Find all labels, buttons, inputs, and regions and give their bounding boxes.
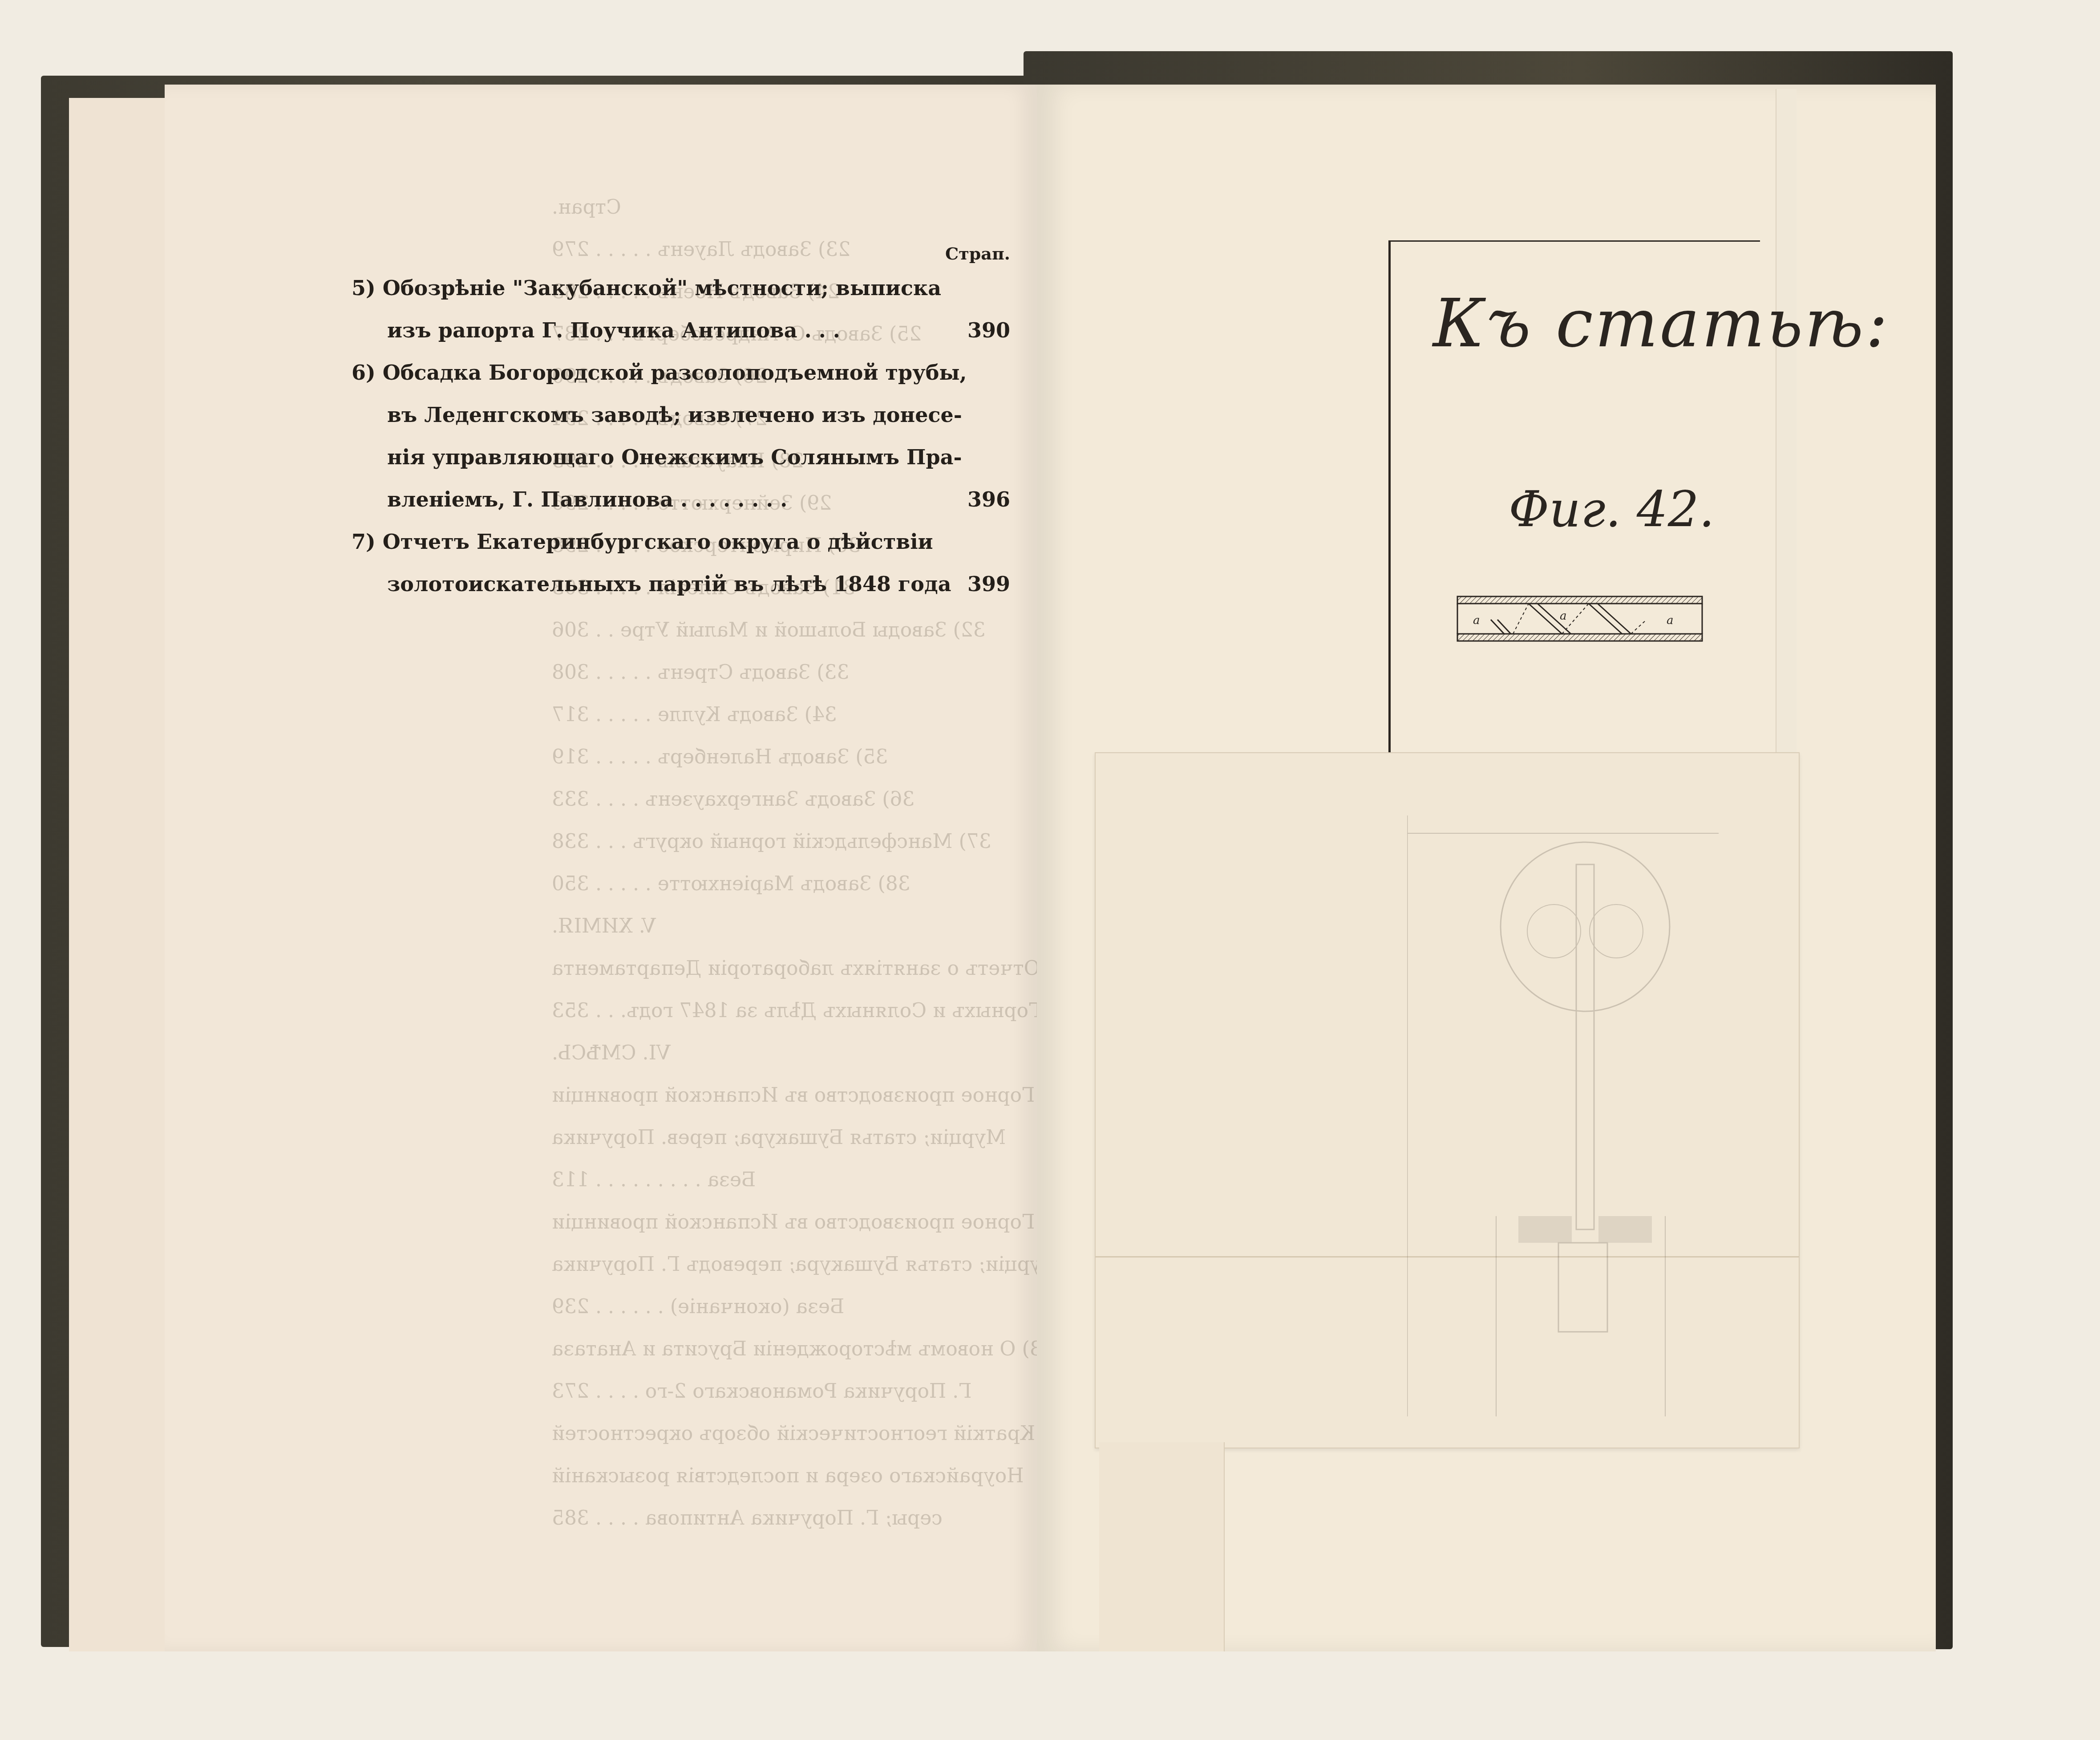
toc-entry-7: 7) Отчетъ Екатеринбургскаго округа о дѣй… xyxy=(352,521,1010,605)
toc-entry-5: 5) Обозрѣніе "Закубанской" мѣстности; вы… xyxy=(352,267,1010,352)
bleed-through-line: 36) Заводъ Зангерхаузенъ . . . . 333 xyxy=(552,788,915,811)
bleed-through-line: Горныхъ и Соляныхъ Дѣлъ за 1847 годъ. . … xyxy=(552,999,1041,1022)
bleed-through-line: 4) Краткій геогностическій обзоръ окрест… xyxy=(552,1422,1061,1445)
bleed-through-line: Стран. xyxy=(552,196,621,219)
entry-text: Обозрѣніе "Закубанской" мѣстности; выпис… xyxy=(383,276,941,300)
entry-page: 396 xyxy=(967,479,1010,521)
bleed-through-line: 3) О новомъ мѣсторожденіи Брусита и Анат… xyxy=(552,1338,1042,1360)
bleed-through-line: Беза . . . . . . . . . 113 xyxy=(552,1168,756,1191)
label-a: a xyxy=(1560,609,1567,623)
plate-stub xyxy=(1099,1442,1225,1651)
entry-text: въ Леденгскомъ заводѣ; извлечено изъ дон… xyxy=(387,394,962,436)
bleed-through-line: 37) Мансфельдскій горный округъ . . . 33… xyxy=(552,830,991,853)
bleed-through-line: Ноурайскаго озера и последствія розыскан… xyxy=(552,1464,1024,1487)
entry-page: 399 xyxy=(967,563,1010,605)
bleed-through-line: 33) Заводъ Стренъ . . . . . 308 xyxy=(552,661,850,684)
bleed-through-line: 32) Заводы Большой и Малый Утре . . 306 xyxy=(552,619,986,641)
bleed-through-line: Г. Поручика Романовскаго 2-го . . . . 27… xyxy=(552,1380,971,1403)
bleed-through-line: 35) Заводъ Наленберъ . . . . . 319 xyxy=(552,746,888,768)
pipe-diagram-icon: a a a xyxy=(1455,588,1704,650)
bleed-through-line: Мурціи; статья Бушакура; перев. Поручика xyxy=(552,1126,1006,1149)
entry-text: вленіемъ, Г. Павлинова . . . . . . . . xyxy=(387,479,787,521)
entry-number: 6) xyxy=(352,361,376,385)
bleed-through-line: VI. СМѢСЬ. xyxy=(552,1042,671,1064)
label-a: a xyxy=(1667,614,1674,627)
folded-plate[interactable] xyxy=(1095,752,1800,1448)
entry-text: изъ рапорта Г. Поучика Антипова . . . xyxy=(387,309,840,352)
bleed-through-line: Отчетъ о занятіяхъ лабораторіи Департаме… xyxy=(552,957,1040,980)
entry-page: 390 xyxy=(967,309,1010,352)
entry-number: 7) xyxy=(352,530,376,554)
bleed-through-line: 34) Заводъ Кулле . . . . . 317 xyxy=(552,703,837,726)
bleed-through-line: Беза (окончаніе) . . . . . . 239 xyxy=(552,1295,844,1318)
page-column-header: Страп. xyxy=(352,240,1010,267)
ghost-mechanism-icon xyxy=(1407,815,1719,1416)
toc-entry-6: 6) Обсадка Богородской разсолоподъемной … xyxy=(352,352,1010,521)
bleed-through-line: серы; Г. Поручика Антипова . . . . 385 xyxy=(552,1507,943,1529)
bleed-through-line: Мурціи; статья Бушакура; переводъ Г. Пор… xyxy=(552,1253,1061,1276)
bleed-through-line: V. ХИМІЯ. xyxy=(552,915,656,937)
entry-text: Обсадка Богородской разсолоподъемной тру… xyxy=(383,361,967,385)
bleed-through-line: 1) Горное производство въ Испанской пров… xyxy=(552,1084,1061,1107)
entry-text: нія управляющаго Онежскимъ Солянымъ Пра- xyxy=(387,436,962,479)
bleed-through-line: 38) Заводъ Маріенхютте . . . . . 350 xyxy=(552,872,910,895)
bleed-through-line: 2) Горное производство въ Испанской пров… xyxy=(552,1211,1061,1233)
table-of-contents: Страп. 5) Обозрѣніе "Закубанской" мѣстно… xyxy=(352,240,1010,605)
figure-label: Фиг. 42. xyxy=(1509,481,1715,538)
entry-text: золотоискательныхъ партій въ лѣтѣ 1848 г… xyxy=(387,563,951,605)
entry-number: 5) xyxy=(352,276,376,300)
label-a: a xyxy=(1473,614,1480,627)
entry-text: Отчетъ Екатеринбургскаго округа о дѣйств… xyxy=(383,530,933,554)
plate-heading: Къ статьѣ: xyxy=(1433,285,1890,362)
